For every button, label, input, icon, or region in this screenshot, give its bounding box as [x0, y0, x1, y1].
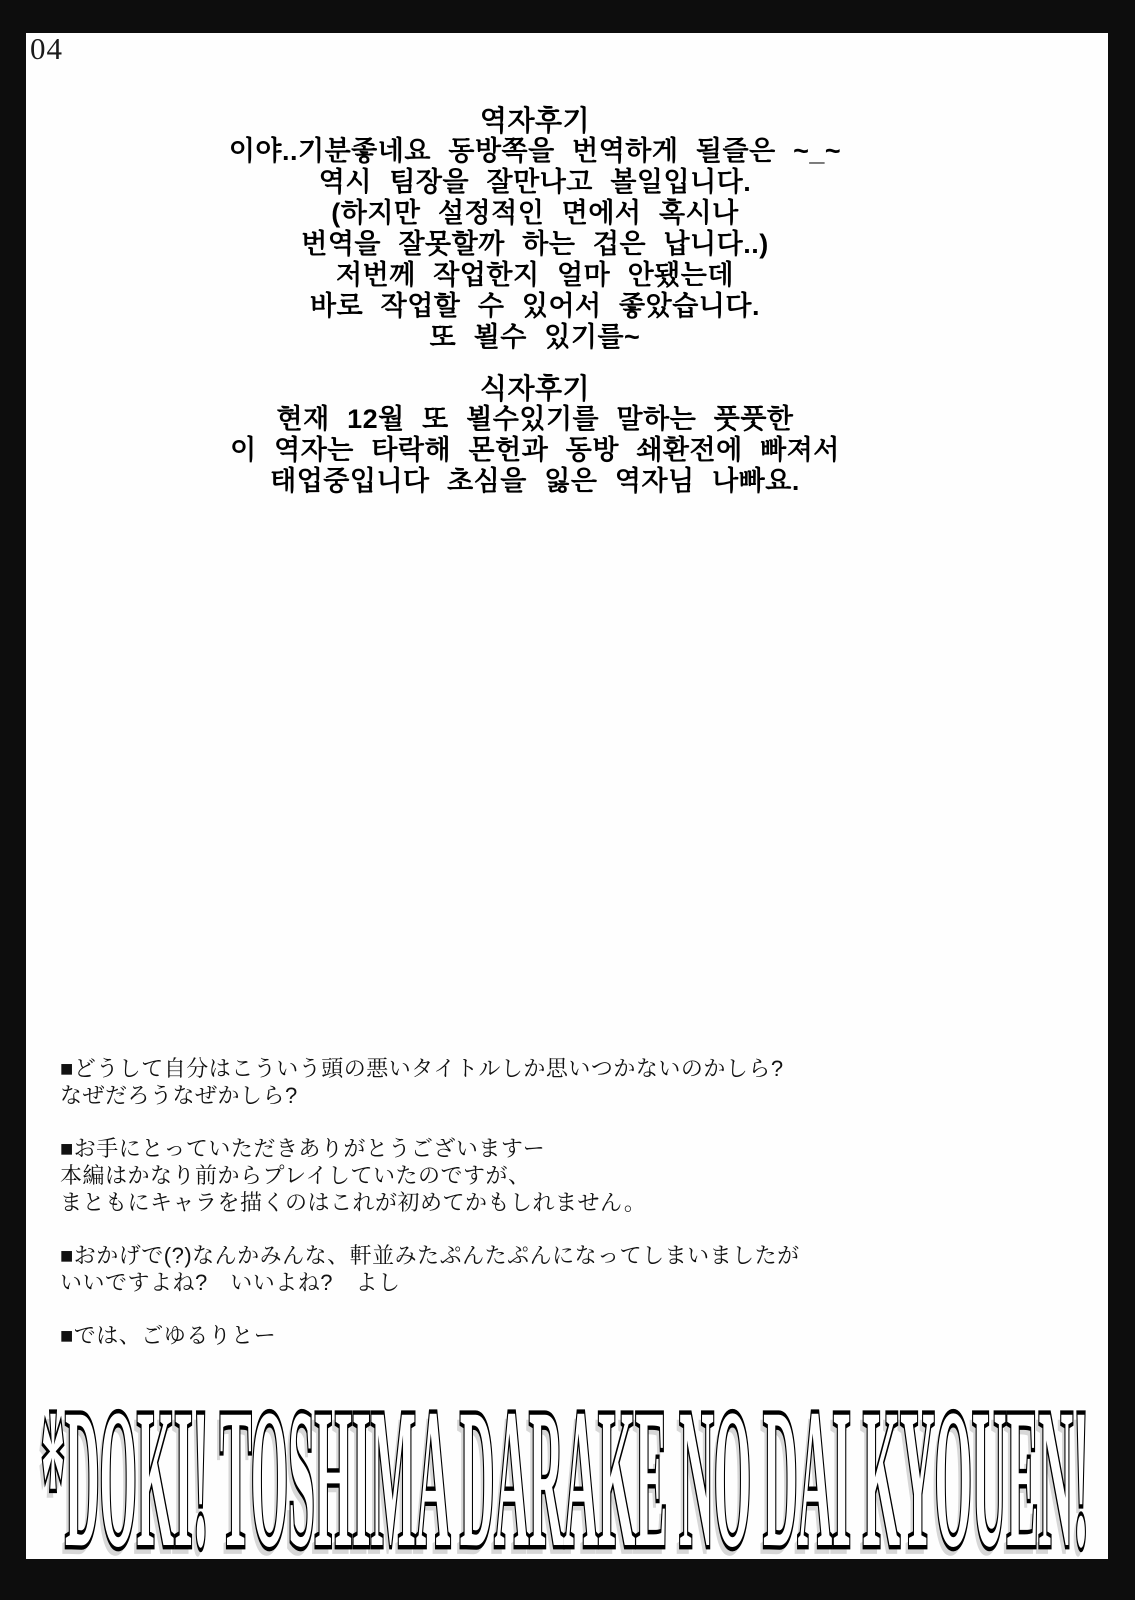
translator-afterword-line: (하지만 설정적인 면에서 혹시나 — [26, 198, 1044, 229]
typesetter-afterword-line: 태업중입니다 초심을 잃은 역자님 나빠요. — [26, 466, 1044, 497]
artist-notes-paragraph: ■どうして自分はこういう頭の悪いタイトルしか思いつかないのかしら? なぜだろうな… — [60, 1055, 800, 1109]
typesetter-afterword-section: 식자후기 현재 12월 또 뵐수있기를 말하는 풋풋한 이 역자는 타락해 몬헌… — [26, 373, 1108, 497]
doujin-title-text: *DOKI! TOSHIMA DARAKE NO DAI KYOUEN! — [41, 1389, 1089, 1557]
artist-notes-line: ■お手にとっていただきありがとうございますー — [60, 1135, 800, 1162]
page-number: 04 — [30, 31, 63, 67]
artist-notes-line: まともにキャラを描くのはこれが初めてかもしれません。 — [60, 1189, 800, 1216]
translator-afterword-section: 역자후기 이야..기분좋네요 동방쪽을 번역하게 될즐은 ~_~ 역시 팀장을 … — [26, 105, 1108, 353]
artist-notes-paragraph: ■お手にとっていただきありがとうございますー 本編はかなり前からプレイしていたの… — [60, 1135, 800, 1216]
translator-afterword-title: 역자후기 — [26, 105, 1044, 136]
doujin-title-art: *DOKI! TOSHIMA DARAKE NO DAI KYOUEN! *DO… — [34, 1389, 1100, 1557]
artist-notes-line: なぜだろうなぜかしら? — [60, 1082, 800, 1109]
artist-notes-line: ■では、ごゆるりとー — [60, 1322, 800, 1349]
translator-afterword-line: 번역을 잘못할까 하는 겁은 납니다..) — [26, 229, 1044, 260]
artist-notes-paragraph: ■では、ごゆるりとー — [60, 1322, 800, 1349]
translator-afterword-line: 저번께 작업한지 얼마 안됐는데 — [26, 260, 1044, 291]
translator-afterword-line: 또 뵐수 있기를~ — [26, 322, 1044, 353]
artist-notes-line: ■どうして自分はこういう頭の悪いタイトルしか思いつかないのかしら? — [60, 1055, 800, 1082]
paper-area: 04 역자후기 이야..기분좋네요 동방쪽을 번역하게 될즐은 ~_~ 역시 팀… — [26, 33, 1108, 1559]
artist-notes-paragraph: ■おかげで(?)なんかみんな、軒並みたぷんたぷんになってしまいましたが いいです… — [60, 1242, 800, 1296]
artist-notes-line: ■おかげで(?)なんかみんな、軒並みたぷんたぷんになってしまいましたが — [60, 1242, 800, 1269]
typesetter-afterword-title: 식자후기 — [26, 373, 1044, 404]
scanned-page: 04 역자후기 이야..기분좋네요 동방쪽을 번역하게 될즐은 ~_~ 역시 팀… — [0, 0, 1135, 1600]
artist-notes-section: ■どうして自分はこういう頭の悪いタイトルしか思いつかないのかしら? なぜだろうな… — [60, 1055, 800, 1375]
translator-afterword-line: 역시 팀장을 잘만나고 볼일입니다. — [26, 167, 1044, 198]
typesetter-afterword-line: 이 역자는 타락해 몬헌과 동방 쇄환전에 빠져서 — [26, 435, 1044, 466]
typesetter-afterword-line: 현재 12월 또 뵐수있기를 말하는 풋풋한 — [26, 404, 1044, 435]
translator-afterword-line: 이야..기분좋네요 동방쪽을 번역하게 될즐은 ~_~ — [26, 136, 1044, 167]
doujin-title-banner: *DOKI! TOSHIMA DARAKE NO DAI KYOUEN! *DO… — [34, 1389, 1100, 1557]
artist-notes-line: 本編はかなり前からプレイしていたのですが、 — [60, 1162, 800, 1189]
translator-afterword-line: 바로 작업할 수 있어서 좋았습니다. — [26, 291, 1044, 322]
artist-notes-line: いいですよね? いいよね? よし — [60, 1269, 800, 1296]
